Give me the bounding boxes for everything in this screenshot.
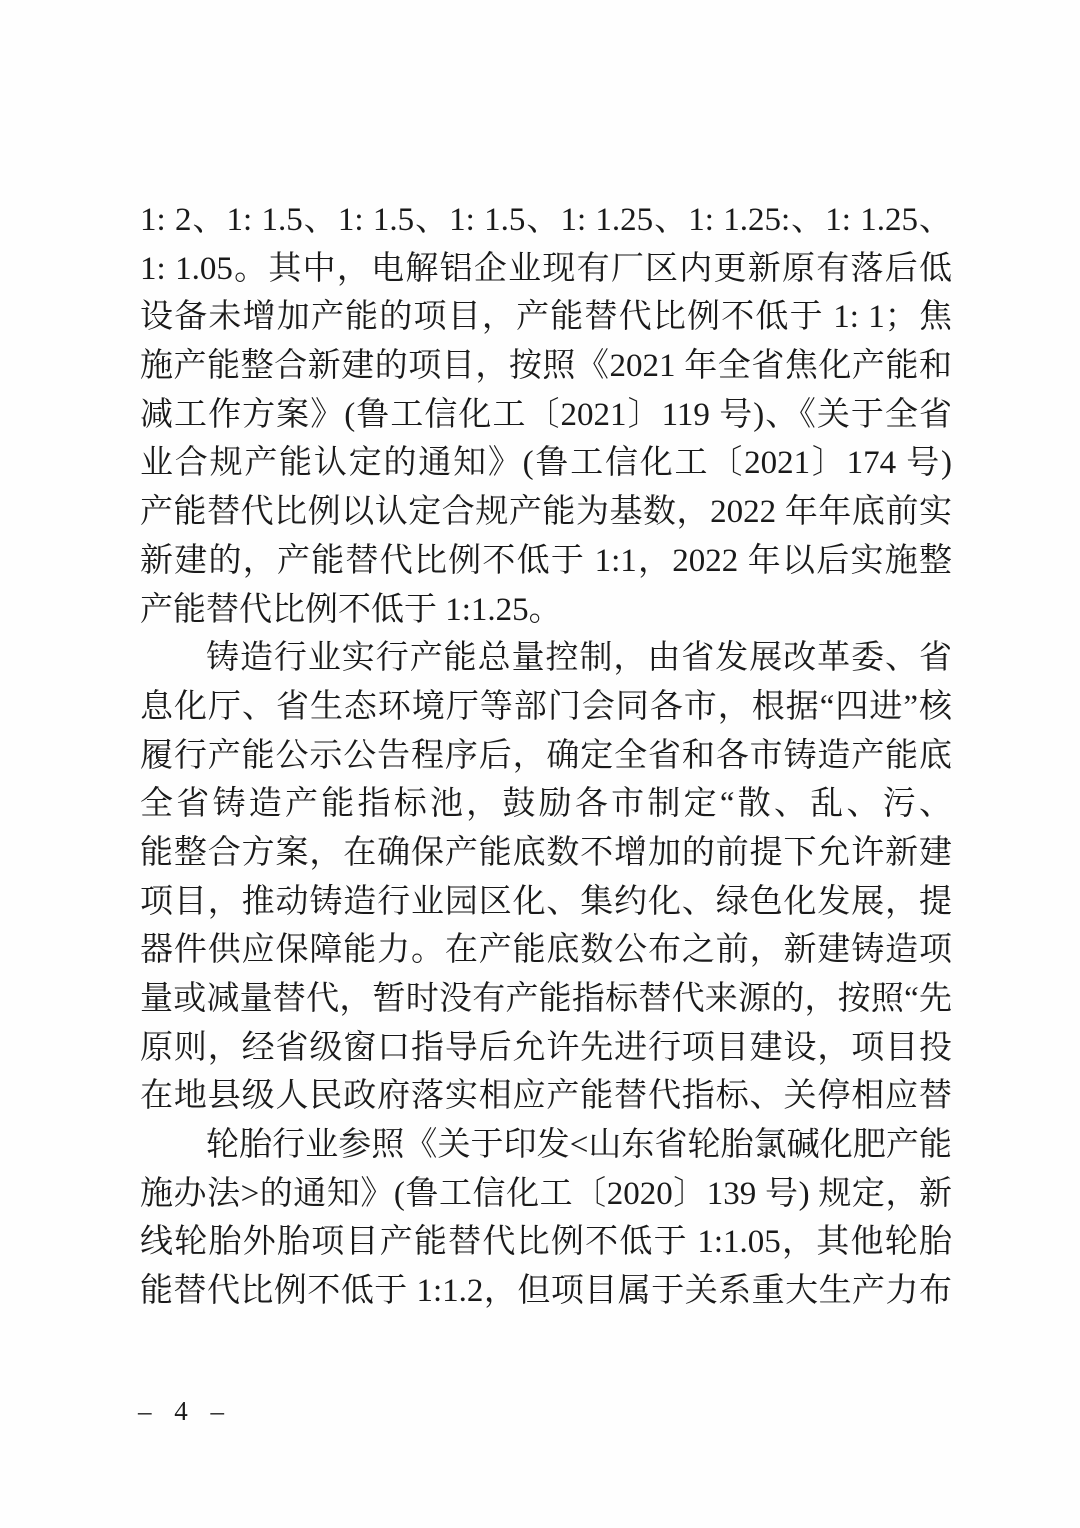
text-line: 线轮胎外胎项目产能替代比例不低于 1:1.05，其他轮胎项目产 xyxy=(140,1218,952,1267)
text-line: 设备未增加产能的项目，产能替代比例不低于 1: 1；焦化企业实 xyxy=(140,293,952,342)
text-line: 1: 1.05。其中，电解铝企业现有厂区内更新原有落后低效电解槽 xyxy=(140,245,952,294)
text-line: 轮胎行业参照《关于印发<山东省轮胎氯碱化肥产能置换实 xyxy=(140,1121,952,1170)
text-line: 业合规产能认定的通知》(鲁工信化工〔2021〕174 号) 规定， xyxy=(140,439,952,488)
document-page: 1: 2、1: 1.5、1: 1.5、1: 1.5、1: 1.25、1: 1.2… xyxy=(0,0,1080,1528)
text-line: 铸造行业实行产能总量控制，由省发展改革委、省工业和信 xyxy=(140,634,952,683)
text-line: 能整合方案，在确保产能底数不增加的前提下允许新建高端铸造 xyxy=(140,829,952,878)
text-line: 产能替代比例不低于 1:1.25。 xyxy=(140,586,952,635)
text-line: 1: 2、1: 1.5、1: 1.5、1: 1.5、1: 1.25、1: 1.2… xyxy=(140,196,952,245)
text-line: 施办法>的通知》(鲁工信化工〔2020〕139 号) 规定，新建子午 xyxy=(140,1170,952,1219)
text-line: 能替代比例不低于 1:1.2，但项目属于关系重大生产力布局、实 xyxy=(140,1267,952,1316)
text-line: 产能替代比例以认定合规产能为基数，2022 年年底前实施整合 xyxy=(140,488,952,537)
text-line: 量或减量替代，暂时没有产能指标替代来源的，按照“先立后破” xyxy=(140,975,952,1024)
text-line: 施产能整合新建的项目，按照《2021 年全省焦化产能和产量压 xyxy=(140,342,952,391)
text-line: 器件供应保障能力。在产能底数公布之前，新建铸造项目实行等 xyxy=(140,926,952,975)
text-line: 新建的，产能替代比例不低于 1:1，2022 年以后实施整合新建的， xyxy=(140,537,952,586)
text-line: 全省铸造产能指标池，鼓励各市制定“散、乱、污、小”铸造产 xyxy=(140,780,952,829)
document-body: 1: 2、1: 1.5、1: 1.5、1: 1.5、1: 1.25、1: 1.2… xyxy=(140,196,952,1316)
text-line: 息化厅、省生态环境厅等部门会同各市，根据“四进”核查情况， xyxy=(140,683,952,732)
text-line: 履行产能公示公告程序后，确定全省和各市铸造产能底数，建立 xyxy=(140,732,952,781)
page-number: – 4 – xyxy=(138,1396,232,1427)
text-line: 在地县级人民政府落实相应产能替代指标、关停相应替代设备。 xyxy=(140,1072,952,1121)
text-line: 项目，推动铸造行业园区化、集约化、绿色化发展，提升基础元 xyxy=(140,878,952,927)
text-line: 原则，经省级窗口指导后允许先进行项目建设，项目投产前由所 xyxy=(140,1024,952,1073)
text-line: 减工作方案》(鲁工信化工〔2021〕119 号)、《关于全省焦化企 xyxy=(140,391,952,440)
